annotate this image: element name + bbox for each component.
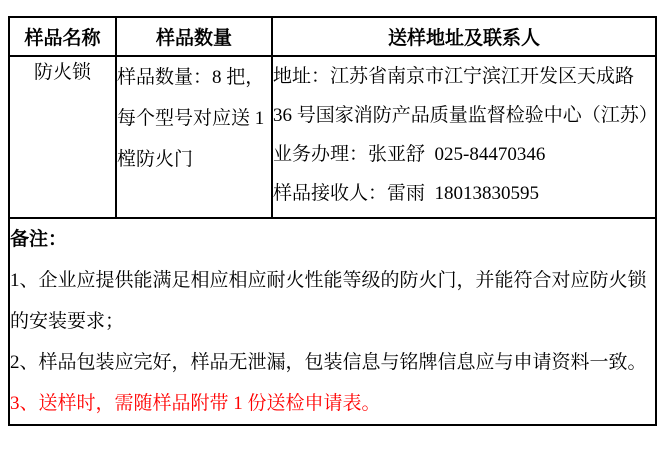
note-line-1-continued: 的安装要求； (10, 301, 655, 342)
address-contact-cell: 地址：江苏省南京市江宁滨江开发区天成路 36 号国家消防产品质量监督检验中心（江… (272, 56, 656, 218)
sample-row: 防火锁 样品数量：8 把， 每个型号对应送 1 樘防火门 地址：江苏省南京市江宁… (9, 56, 656, 218)
address-line-2: 36 号国家消防产品质量监督检验中心（江苏） (273, 96, 655, 135)
quantity-line-2: 每个型号对应送 1 (117, 98, 271, 139)
quantity-line-3: 樘防火门 (117, 139, 271, 180)
notes-row: 备注： 1、企业应提供能满足相应相应耐火性能等级的防火门，并能符合对应防火锁 的… (9, 218, 656, 425)
contact-business-line: 业务办理：张亚舒 025-84470346 (273, 135, 655, 174)
notes-label: 备注： (10, 219, 655, 260)
header-sample-name: 样品名称 (9, 17, 116, 56)
table-header-row: 样品名称 样品数量 送样地址及联系人 (9, 17, 656, 56)
document-page: { "page": { "background_color": "#ffffff… (0, 0, 668, 450)
contact-receiver-line: 样品接收人：雷雨 18013830595 (273, 174, 655, 213)
header-sample-quantity: 样品数量 (116, 17, 272, 56)
sample-submission-table: 样品名称 样品数量 送样地址及联系人 防火锁 样品数量：8 把， 每个型号对应送… (8, 16, 657, 426)
note-line-3-red: 3、送样时，需随样品附带 1 份送检申请表。 (10, 383, 655, 424)
note-line-1: 1、企业应提供能满足相应相应耐火性能等级的防火门，并能符合对应防火锁 (10, 260, 655, 301)
header-address-contact: 送样地址及联系人 (272, 17, 656, 56)
address-line-1: 地址：江苏省南京市江宁滨江开发区天成路 (273, 57, 655, 96)
sample-quantity-cell: 样品数量：8 把， 每个型号对应送 1 樘防火门 (116, 56, 272, 218)
notes-cell: 备注： 1、企业应提供能满足相应相应耐火性能等级的防火门，并能符合对应防火锁 的… (9, 218, 656, 425)
quantity-line-1: 样品数量：8 把， (117, 57, 271, 98)
note-line-2: 2、样品包装应完好，样品无泄漏，包装信息与铭牌信息应与申请资料一致。 (10, 342, 655, 383)
sample-name-cell: 防火锁 (9, 56, 116, 218)
